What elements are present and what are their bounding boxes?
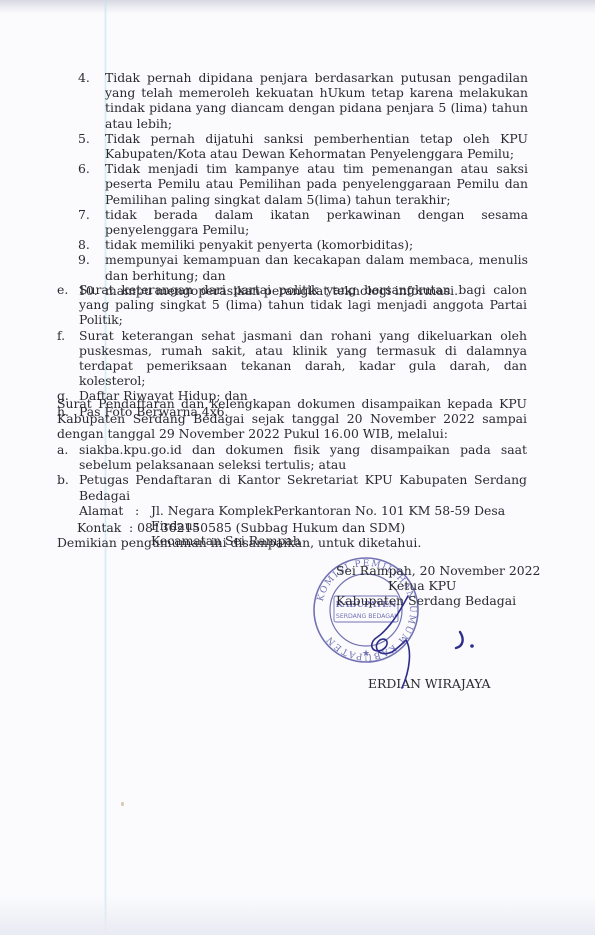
requirement-item-marker: 7. — [78, 207, 105, 237]
document-item-marker: e. — [57, 282, 79, 328]
channel-item: a. siakba.kpu.go.id dan dokumen fisik ya… — [57, 442, 527, 472]
requirement-item: 8.tidak memiliki penyakit penyerta (komo… — [78, 237, 528, 252]
requirement-item-text: Tidak pernah dipidana penjara berdasarka… — [105, 70, 528, 131]
contact-value: : 081362150585 (Subbag Hukum dan SDM) — [129, 520, 405, 535]
submission-paragraph: Surat Pendaftaran dan kelengkapan dokume… — [57, 396, 527, 442]
signature-place-date: Sei Rampah, 20 November 2022 — [336, 563, 536, 578]
requirement-item-text: mempunyai kemampuan dan kecakapan dalam … — [105, 252, 528, 282]
requirement-item: 6.Tidak menjadi tim kampanye atau tim pe… — [78, 161, 528, 207]
requirement-item-marker: 6. — [78, 161, 105, 207]
requirement-item-marker: 4. — [78, 70, 105, 131]
channel-marker: b. — [57, 472, 79, 502]
requirements-list: 4.Tidak pernah dipidana penjara berdasar… — [78, 70, 528, 298]
closing-statement: Demikian pengumuman ini disampaikan, unt… — [57, 535, 527, 550]
contact-line: Kontak: 081362150585 (Subbag Hukum dan S… — [77, 520, 537, 535]
channel-text: siakba.kpu.go.id dan dokumen fisik yang … — [79, 442, 527, 472]
requirement-item: 4.Tidak pernah dipidana penjara berdasar… — [78, 70, 528, 131]
requirement-item: 9.mempunyai kemampuan dan kecakapan dala… — [78, 252, 528, 282]
contact-label: Kontak — [77, 520, 129, 535]
document-item-text: Surat keterangan dari partai politik yan… — [79, 282, 527, 328]
requirement-item-text: tidak berada dalam ikatan perkawinan den… — [105, 207, 528, 237]
requirement-item-text: Tidak pernah dijatuhi sanksi pemberhenti… — [105, 131, 528, 161]
handwritten-signature — [368, 590, 478, 690]
requirement-item: 7.tidak berada dalam ikatan perkawinan d… — [78, 207, 528, 237]
requirement-item-marker: 8. — [78, 237, 105, 252]
requirement-item-marker: 5. — [78, 131, 105, 161]
channel-marker: a. — [57, 442, 79, 472]
document-item-marker: f. — [57, 328, 79, 389]
document-item: e.Surat keterangan dari partai politik y… — [57, 282, 527, 328]
channel-text: Petugas Pendaftaran di Kantor Sekretaria… — [79, 472, 527, 502]
document-item: f.Surat keterangan sehat jasmani dan roh… — [57, 328, 527, 389]
channel-item: b. Petugas Pendaftaran di Kantor Sekreta… — [57, 472, 527, 502]
document-item-text: Surat keterangan sehat jasmani dan rohan… — [79, 328, 527, 389]
document-page: 4.Tidak pernah dipidana penjara berdasar… — [0, 0, 595, 935]
requirement-item-marker: 9. — [78, 252, 105, 282]
requirement-item-text: tidak memiliki penyakit penyerta (komorb… — [105, 237, 528, 252]
requirement-item-text: Tidak menjadi tim kampanye atau tim peme… — [105, 161, 528, 207]
requirement-item: 5.Tidak pernah dijatuhi sanksi pemberhen… — [78, 131, 528, 161]
